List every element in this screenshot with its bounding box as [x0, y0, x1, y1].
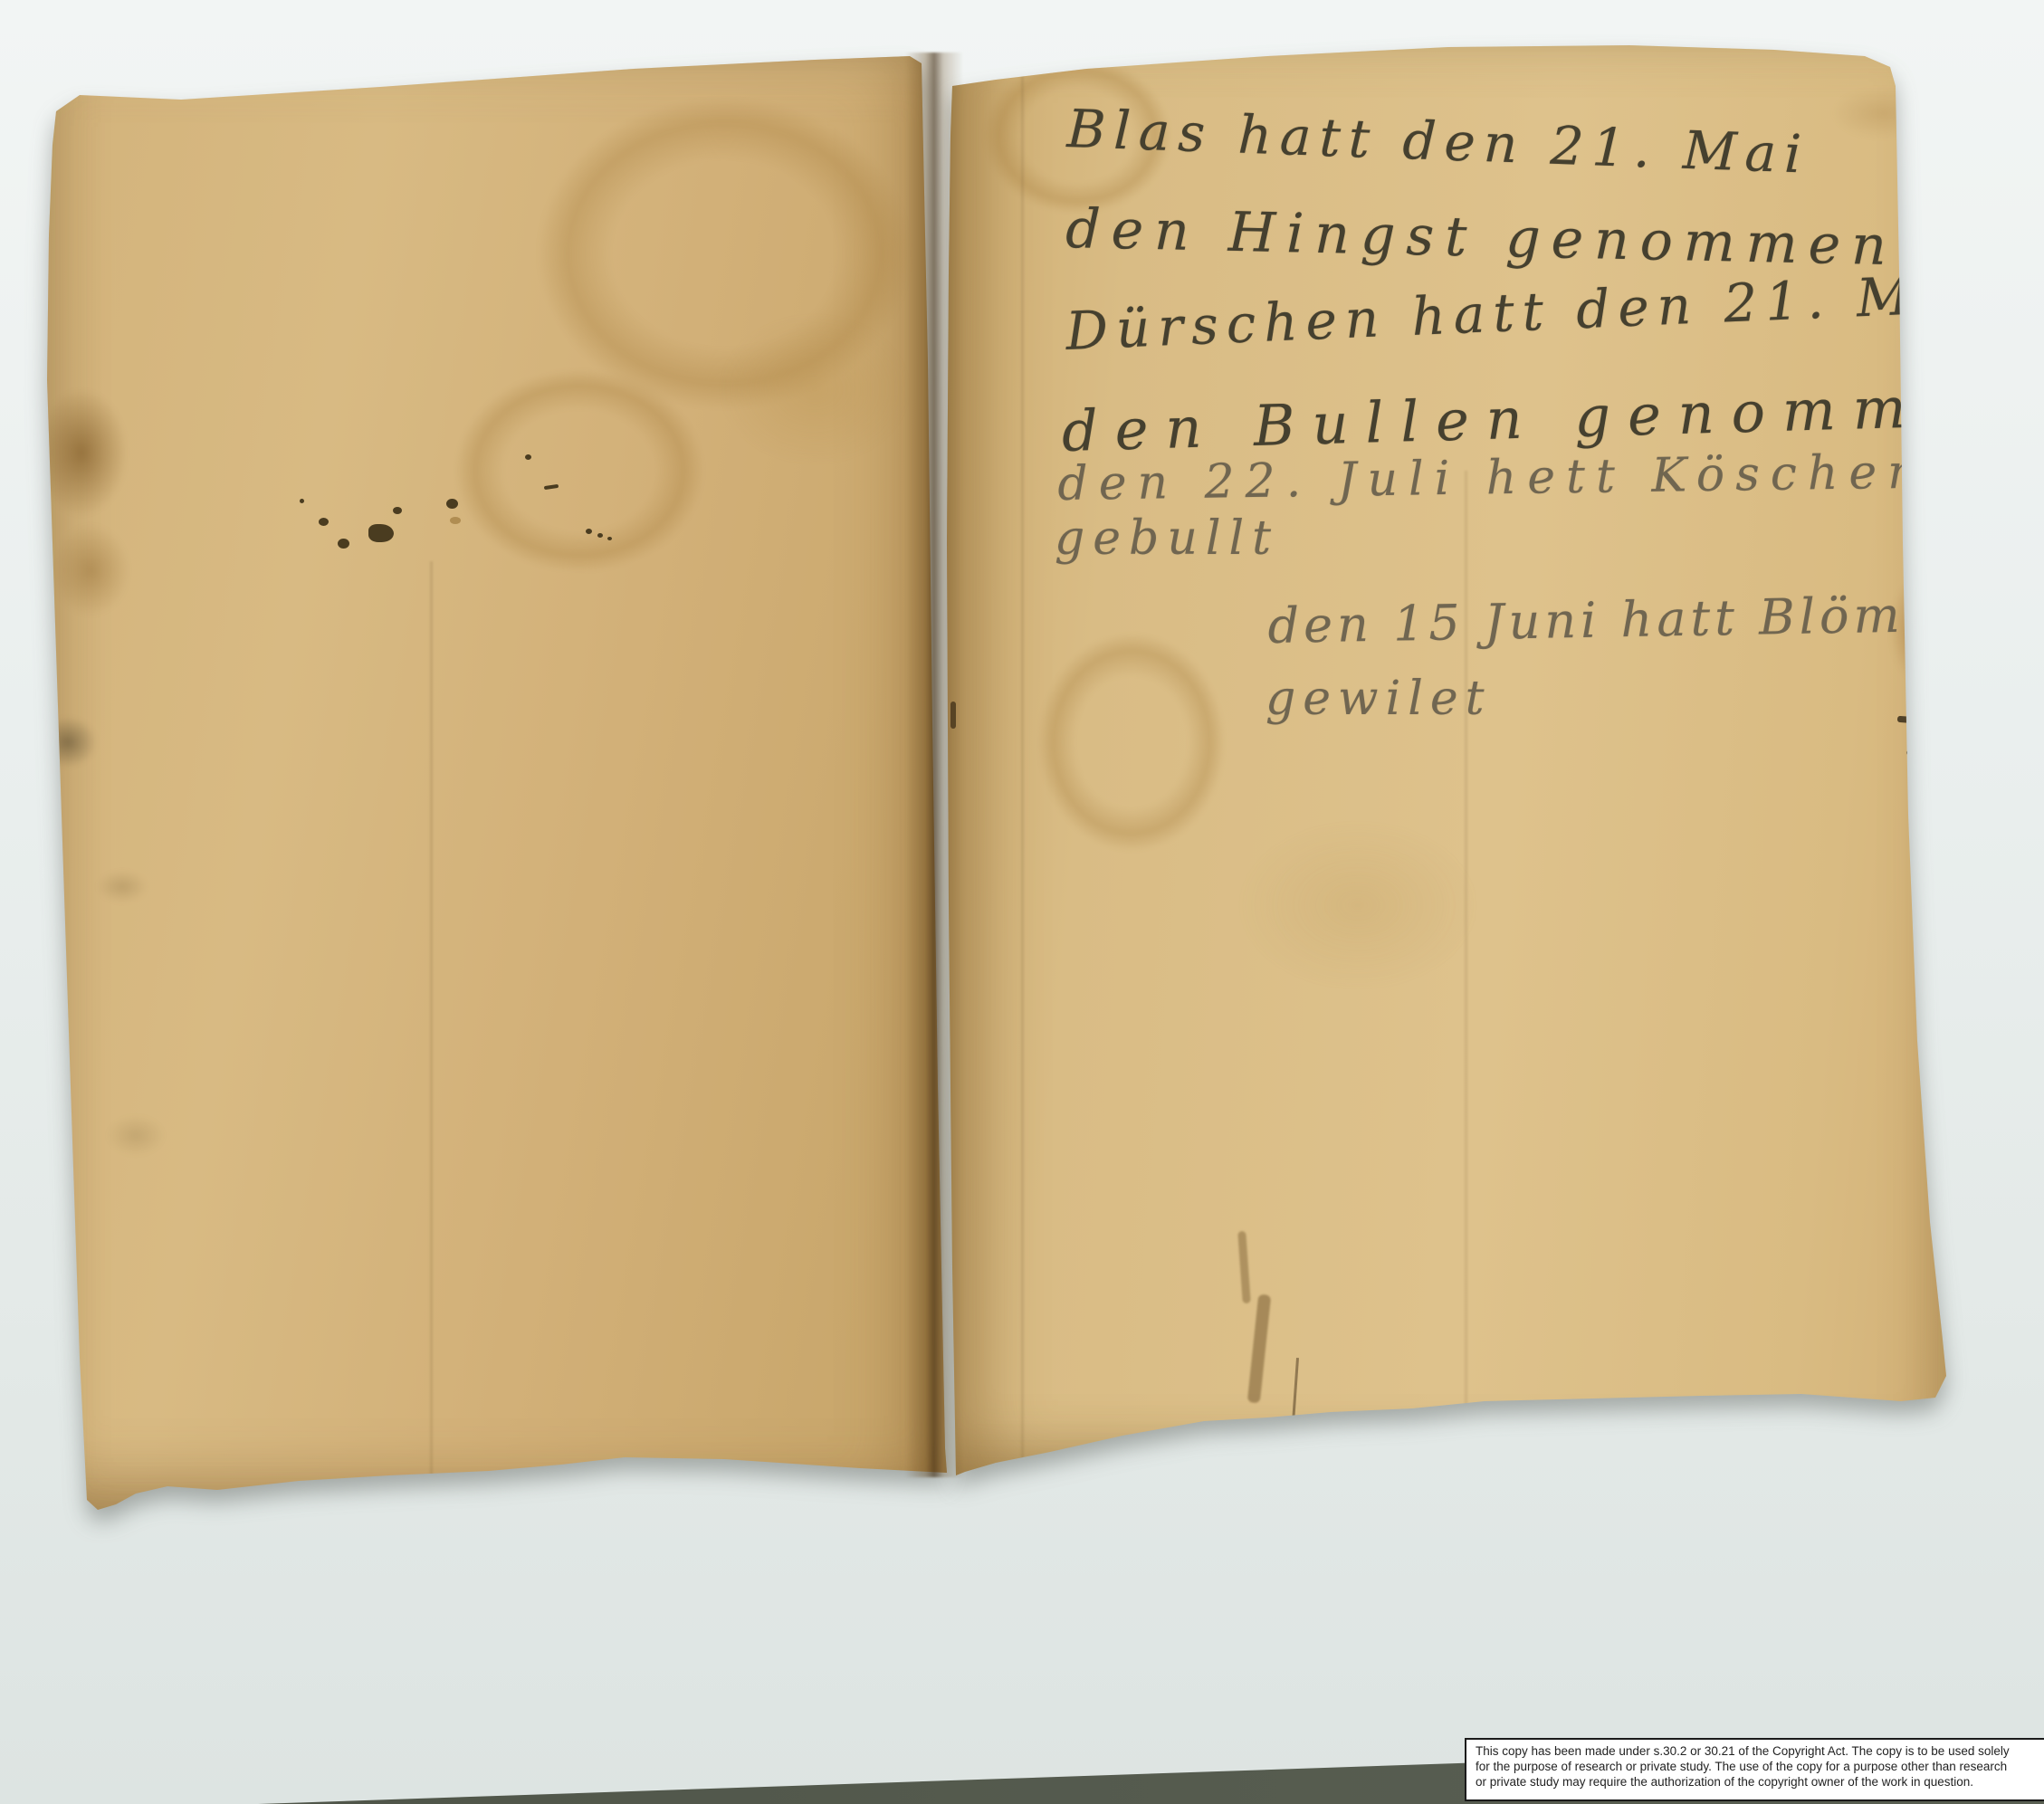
- ink-dot: [525, 454, 531, 460]
- right-page-wrap: Blas hatt den 21. Mai den Hingst genomme…: [941, 27, 1955, 1475]
- handwritten-line: gewilet: [1266, 672, 1492, 726]
- bottom-streak: [1247, 1294, 1271, 1404]
- handwritten-line: den 15 Juni hatt Blömd: [1267, 586, 1941, 654]
- ink-dot: [446, 499, 458, 509]
- ink-dot: [338, 539, 349, 549]
- water-stain-blob: [688, 290, 941, 489]
- handwritten-line: gebullt: [1055, 511, 1279, 566]
- edge-mark: [1897, 716, 1928, 724]
- handwritten-line: Dürschen hatt den 21. Mäi: [1065, 262, 1955, 362]
- edge-mark: [1906, 749, 1930, 755]
- ink-dot: [319, 518, 329, 526]
- edge-smudge: [43, 711, 104, 774]
- handwritten-line: den 22. Juli hett Köschen: [1057, 445, 1929, 511]
- handwritten-line: Blas hatt den 21. Mai: [1066, 98, 1810, 186]
- water-stain-ring: [435, 353, 724, 588]
- ink-dot: [300, 499, 304, 503]
- fold-crease: [430, 561, 433, 1512]
- faint-smudge: [100, 1111, 172, 1160]
- ink-dot: [450, 517, 461, 524]
- book-spine-shadow: [905, 52, 963, 1477]
- ink-dot: [597, 533, 603, 538]
- copyright-notice-line: or private study may require the authori…: [1476, 1774, 2044, 1790]
- edge-stain-dark: [43, 371, 140, 534]
- ink-dot: [586, 529, 592, 534]
- handwritten-line: den Hingst genommen: [1065, 197, 1898, 278]
- left-page-wrap: [43, 50, 949, 1512]
- water-stain-ring: [507, 72, 941, 434]
- copyright-notice-line: for the purpose of research or private s…: [1476, 1759, 2044, 1774]
- water-stain-blob: [1204, 797, 1512, 1014]
- copyright-notice: This copy has been made under s.30.2 or …: [1465, 1738, 2044, 1801]
- paper-crack: [1289, 1358, 1299, 1462]
- left-page: [43, 50, 949, 1512]
- water-stain-ring: [1023, 616, 1240, 869]
- scanned-notebook-spread: Blas hatt den 21. Mai den Hingst genomme…: [0, 0, 2044, 1804]
- ink-dot: [544, 484, 559, 490]
- faint-smudge: [91, 866, 154, 907]
- ink-dot: [393, 507, 402, 514]
- right-page: Blas hatt den 21. Mai den Hingst genomme…: [941, 27, 1955, 1475]
- top-corner-stain: [1820, 81, 1946, 145]
- copyright-notice-line: This copy has been made under s.30.2 or …: [1476, 1743, 2044, 1759]
- ink-dot: [607, 537, 612, 540]
- fold-crease: [1021, 36, 1024, 1466]
- edge-stain: [43, 511, 140, 629]
- ink-dot: [368, 524, 394, 542]
- bottom-streak: [1237, 1231, 1251, 1303]
